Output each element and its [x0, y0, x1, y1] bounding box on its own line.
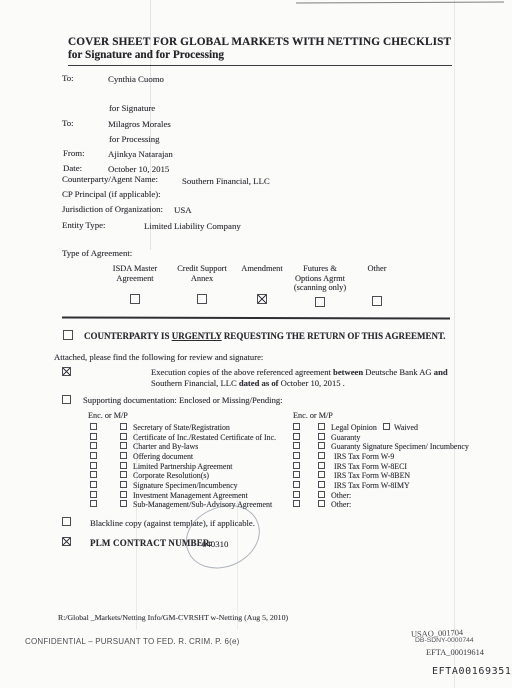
confidential-notice: CONFIDENTIAL – PURSUANT TO FED. R. CRIM.… [25, 637, 240, 646]
counterparty-value: Southern Financial, LLC [182, 176, 270, 186]
execution-text-bold: and [434, 367, 448, 377]
enc-checkbox[interactable] [90, 500, 97, 507]
mp-checkbox[interactable] [318, 442, 325, 449]
counterparty-label: Counterparty/Agent Name: [62, 174, 158, 184]
execution-text-bold: between [333, 367, 363, 377]
agreement-heading: Type of Agreement: [62, 248, 132, 258]
date-value: October 10, 2015 [108, 164, 169, 174]
from-value: Ajinkya Natarajan [108, 149, 173, 159]
doc-item-label: Sub-Management/Sub-Advisory Agreement [133, 500, 272, 509]
enc-checkbox[interactable] [293, 452, 300, 459]
doc-item-label: IRS Tax Form W-8IMY [334, 481, 410, 490]
doc-item-label: Guaranty Signature Specimen/ Incumbency [331, 442, 469, 451]
urgent-checkbox[interactable] [63, 330, 73, 340]
cp-principal-label: CP Principal (if applicable): [62, 189, 161, 199]
enc-checkbox[interactable] [293, 471, 300, 478]
urgent-text-pre: COUNTERPARTY IS [84, 331, 172, 341]
doc-item-label: Legal Opinion [331, 423, 377, 432]
enc-checkbox[interactable] [293, 462, 300, 469]
doc-item-label: Certificate of Inc./Restated Certificate… [133, 433, 276, 442]
to2-note: for Processing [109, 134, 160, 144]
enc-checkbox[interactable] [293, 423, 300, 430]
mp-checkbox[interactable] [120, 471, 127, 478]
agreement-type-csa-checkbox[interactable] [197, 294, 207, 304]
mp-checkbox[interactable] [318, 491, 325, 498]
enc-checkbox[interactable] [90, 491, 97, 498]
enc-header-right: Enc. or M/P [293, 411, 333, 420]
doc-item-label: Investment Management Agreement [133, 491, 248, 500]
enc-checkbox[interactable] [90, 433, 97, 440]
urgent-text-post: REQUESTING THE RETURN OF THIS AGREEMENT. [222, 331, 446, 341]
enc-checkbox[interactable] [90, 423, 97, 430]
mp-checkbox[interactable] [120, 442, 127, 449]
doc-item-label: IRS Tax Form W-9 [334, 452, 394, 461]
entity-type-value: Limited Liability Company [144, 221, 241, 231]
to2-label: To: [62, 118, 74, 128]
agreement-type-amendment-checkbox[interactable] [257, 294, 267, 304]
to1-note: for Signature [109, 103, 155, 113]
doc-item-label: Other: [331, 491, 351, 500]
doc-item-label: IRS Tax Form W-8BEN [334, 471, 410, 480]
document-title: COVER SHEET FOR GLOBAL MARKETS WITH NETT… [68, 36, 452, 66]
mp-checkbox[interactable] [120, 423, 127, 430]
attached-note: Attached, please find the following for … [54, 352, 263, 362]
enc-checkbox[interactable] [293, 500, 300, 507]
mp-checkbox[interactable] [120, 433, 127, 440]
mp-checkbox[interactable] [318, 433, 325, 440]
execution-date: October 10, 2015 . [278, 378, 344, 388]
enc-checkbox[interactable] [90, 442, 97, 449]
date-label: Date: [63, 163, 82, 173]
execution-party-2: Southern Financial, LLC [151, 378, 239, 388]
entity-type-label: Entity Type: [62, 220, 105, 230]
doc-item-label: Charter and By-laws [133, 442, 198, 451]
doc-item-label: Corporate Resolution(s) [133, 471, 209, 480]
waived-checkbox[interactable] [383, 423, 390, 430]
execution-text: Execution copies of the above referenced… [151, 367, 333, 377]
to1-label: To: [62, 73, 74, 83]
doc-item-label: Limited Partnership Agreement [133, 462, 232, 471]
mp-checkbox[interactable] [318, 452, 325, 459]
scan-page-edge [296, 2, 504, 4]
scan-fold-line [454, 0, 455, 688]
blackline-checkbox[interactable] [62, 517, 71, 526]
mp-checkbox[interactable] [120, 500, 127, 507]
supporting-doc-checkbox[interactable] [62, 395, 71, 404]
execution-text-bold: dated as of [239, 378, 279, 388]
mp-checkbox[interactable] [318, 462, 325, 469]
agreement-type-other-checkbox[interactable] [372, 296, 382, 306]
title-line-1: COVER SHEET FOR GLOBAL MARKETS WITH NETT… [68, 36, 452, 49]
doc-item-label: IRS Tax Form W-8ECI [334, 462, 407, 471]
enc-checkbox[interactable] [90, 462, 97, 469]
enc-checkbox[interactable] [293, 442, 300, 449]
jurisdiction-label: Jurisdiction of Organization: [62, 204, 163, 214]
bates-stamp-efta-1: EFTA_00019614 [426, 648, 484, 657]
enc-checkbox[interactable] [293, 491, 300, 498]
mp-checkbox[interactable] [120, 481, 127, 488]
enc-checkbox[interactable] [90, 452, 97, 459]
doc-item-label: Signature Specimen/Incumbency [133, 481, 238, 490]
enc-checkbox[interactable] [293, 433, 300, 440]
urgent-text-underlined: URGENTLY [172, 331, 222, 341]
to2-value: Milagros Morales [108, 119, 171, 129]
enc-checkbox[interactable] [90, 481, 97, 488]
file-reference: R:/Global _Markets/Netting Info/GM-CVRSH… [58, 613, 288, 622]
mp-checkbox[interactable] [318, 423, 325, 430]
urgent-statement: COUNTERPARTY IS URGENTLY REQUESTING THE … [84, 331, 446, 341]
doc-item-label: Secretary of State/Registration [133, 423, 230, 432]
mp-checkbox[interactable] [120, 462, 127, 469]
supporting-doc-label: Supporting documentation: Enclosed or Mi… [83, 395, 283, 405]
execution-copies-paragraph: Execution copies of the above referenced… [151, 367, 456, 389]
mp-checkbox[interactable] [318, 481, 325, 488]
execution-copies-checkbox[interactable] [62, 367, 71, 376]
mp-checkbox[interactable] [318, 500, 325, 507]
agreement-type-other-label: Other [332, 264, 422, 274]
section-divider [62, 316, 450, 319]
doc-item-label: Other: [331, 500, 351, 509]
agreement-type-futures-checkbox[interactable] [315, 297, 325, 307]
mp-checkbox[interactable] [120, 491, 127, 498]
doc-item-label: Guaranty [331, 433, 360, 442]
mp-checkbox[interactable] [120, 452, 127, 459]
enc-header-left: Enc. or M/P [88, 411, 128, 420]
enc-checkbox[interactable] [293, 481, 300, 488]
agreement-type-isda-checkbox[interactable] [130, 294, 140, 304]
jurisdiction-value: USA [174, 205, 192, 215]
title-line-2: for Signature and for Processing [68, 49, 452, 62]
bates-stamp-db-sdny: DB-SDNY-0000744 [415, 637, 474, 644]
plm-checkbox[interactable] [62, 537, 71, 546]
from-label: From: [63, 148, 85, 158]
doc-item-label: Offering document [133, 452, 193, 461]
bates-stamp-efta-2: EFTA00169351 [432, 666, 511, 677]
scanned-document-page: { "title": { "line1": "COVER SHEET FOR G… [0, 0, 512, 688]
waived-label: Waived [394, 423, 418, 432]
mp-checkbox[interactable] [318, 471, 325, 478]
execution-party-1: Deutsche Bank AG [363, 367, 434, 377]
to1-value: Cynthia Cuomo [108, 74, 164, 84]
enc-checkbox[interactable] [90, 471, 97, 478]
